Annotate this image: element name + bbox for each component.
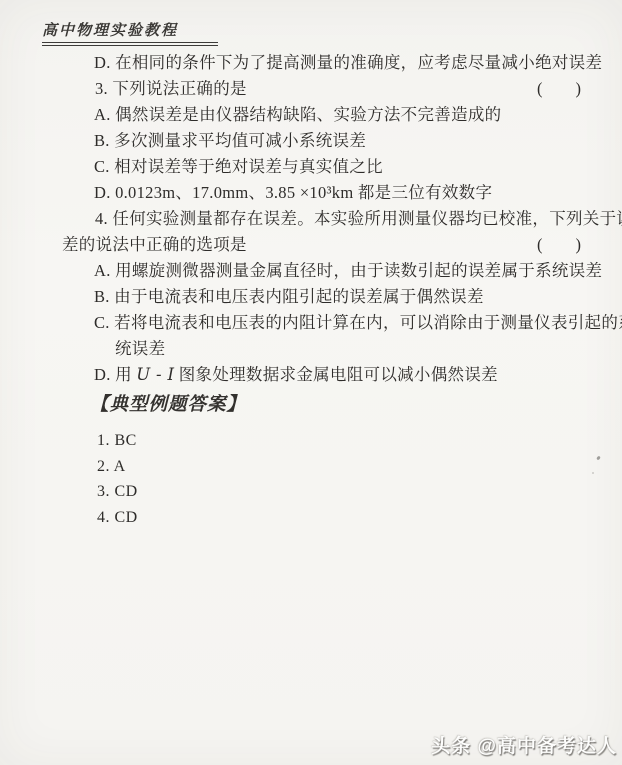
running-head: 高中物理实验教程 — [42, 19, 218, 46]
answer-item-3: 3. CD — [62, 479, 585, 505]
q3-option-d: D. 0.0123m、17.0mm、3.85 ×10³km 都是三位有效数字 — [62, 180, 585, 206]
answer-item-2: 2. A — [62, 454, 585, 480]
scan-speck — [596, 456, 601, 461]
answer-list: 1. BC 2. A 3. CD 4. CD — [62, 428, 585, 530]
q3-option-b: B. 多次测量求平均值可减小系统误差 — [62, 128, 585, 154]
scanned-textbook-page: 高中物理实验教程 D. 在相同的条件下为了提高测量的准确度，应考虑尽量减小绝对误… — [0, 0, 622, 765]
answer-item-4: 4. CD — [62, 505, 585, 531]
q4-option-b: B. 由于电流表和电压表内阻引起的误差属于偶然误差 — [62, 284, 585, 310]
answer-item-1: 1. BC — [62, 428, 585, 454]
q3-option-c: C. 相对误差等于绝对误差与真实值之比 — [62, 154, 585, 180]
book-title: 高中物理实验教程 — [42, 23, 178, 39]
q4-stem-continuation: 差的说法中正确的选项是 — [62, 235, 247, 254]
q3-answer-brackets: ( ) — [537, 76, 581, 102]
q4-option-c-line1: C. 若将电流表和电压表的内阻计算在内，可以消除由于测量仪表引起的系 — [62, 310, 585, 336]
q2-option-d: D. 在相同的条件下为了提高测量的准确度，应考虑尽量减小绝对误差 — [62, 50, 585, 76]
q4-stem-line1: 4. 任何实验测量都存在误差。本实验所用测量仪器均已校准，下列关于误 — [62, 206, 585, 232]
toutiao-watermark: 头条 @高中备考达人 — [431, 731, 617, 758]
q4-option-d-variable: U - I — [136, 365, 174, 384]
question-content: D. 在相同的条件下为了提高测量的准确度，应考虑尽量减小绝对误差 3. 下列说法… — [62, 50, 585, 530]
scan-speck — [592, 472, 594, 474]
q4-option-d-suffix: 图象处理数据求金属电阻可以减小偶然误差 — [174, 365, 498, 384]
q4-option-a: A. 用螺旋测微器测量金属直径时，由于读数引起的误差属于系统误差 — [62, 258, 585, 284]
q3-stem-line: 3. 下列说法正确的是 ( ) — [62, 76, 585, 102]
q4-option-c-line2: 统误差 — [62, 336, 585, 362]
q4-stem-line2: 差的说法中正确的选项是 ( ) — [62, 232, 585, 258]
answers-heading: 【典型例题答案】 — [62, 390, 585, 420]
q4-answer-brackets: ( ) — [537, 232, 581, 258]
q4-option-d-prefix: D. 用 — [94, 365, 136, 384]
q4-option-d: D. 用 U - I 图象处理数据求金属电阻可以减小偶然误差 — [62, 362, 585, 388]
q3-option-a: A. 偶然误差是由仪器结构缺陷、实验方法不完善造成的 — [62, 102, 585, 128]
q3-stem: 3. 下列说法正确的是 — [62, 76, 247, 102]
